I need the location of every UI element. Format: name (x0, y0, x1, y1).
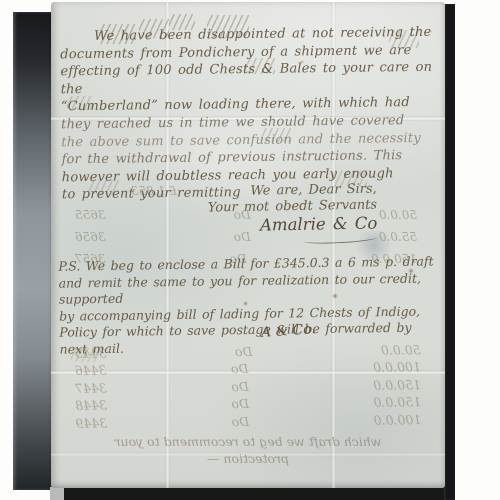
ledger-amount: 50.0.0 (379, 204, 417, 226)
ledger-amount: 150.0.0 (373, 393, 421, 411)
postscript-line: and remit the same to you for realizatio… (59, 270, 441, 309)
ledger-bill-number: 3449 (75, 414, 107, 432)
showthrough-footer-line: protection — (61, 451, 435, 468)
album-mount-left (13, 12, 54, 490)
signature-flourish (303, 233, 377, 245)
letter-postscript: P.S. We beg to enclose a Bill for £345.0… (58, 253, 441, 358)
ledger-amount: 100.0.0 (373, 359, 421, 377)
letter-body: We have been disappointed at not receivi… (60, 24, 440, 205)
ledger-bill-number: 3656 (75, 226, 106, 248)
ledger-row: 100.0.0 Do 3449 (61, 411, 435, 432)
ledger-amount: 150.0.0 (373, 376, 421, 394)
ledger-bill-number: 3447 (75, 379, 107, 397)
ledger-bill-number: 3446 (75, 362, 107, 380)
showthrough-footer-line: which draft we beg to recommend to your (61, 434, 435, 451)
ledger-ditto: Do (231, 395, 249, 413)
ledger-ditto: Do (231, 378, 249, 396)
ledger-amount: 100.0.0 (374, 411, 422, 429)
letter-paper: £ 1.853 50.0.0 Do 3655 55.0.0 Do 3656 15… (51, 2, 445, 488)
letter-photo: £ 1.853 50.0.0 Do 3655 55.0.0 Do 3656 15… (0, 0, 500, 500)
ledger-ditto: Do (231, 360, 249, 378)
letter-line: effecting of 100 odd Chests & Bales to y… (60, 59, 438, 99)
album-mount-bottom-corner (50, 487, 64, 500)
closing-line: Your mot obedt Servants (207, 197, 376, 215)
ledger-bill-number: 3448 (75, 397, 107, 415)
album-mount-bottom (62, 486, 444, 500)
showthrough-footer: which draft we beg to recommend to your … (61, 434, 435, 467)
ledger-ditto: Do (232, 413, 250, 431)
ledger-bill-number: 3655 (75, 204, 106, 226)
ledger-amount: 55.0.0 (379, 226, 417, 248)
album-mount-right (444, 4, 455, 500)
letter-closing: We are, Dear Sirs, Your mot obedt Servan… (207, 182, 377, 250)
signature: Amalrie & Co (208, 216, 377, 234)
